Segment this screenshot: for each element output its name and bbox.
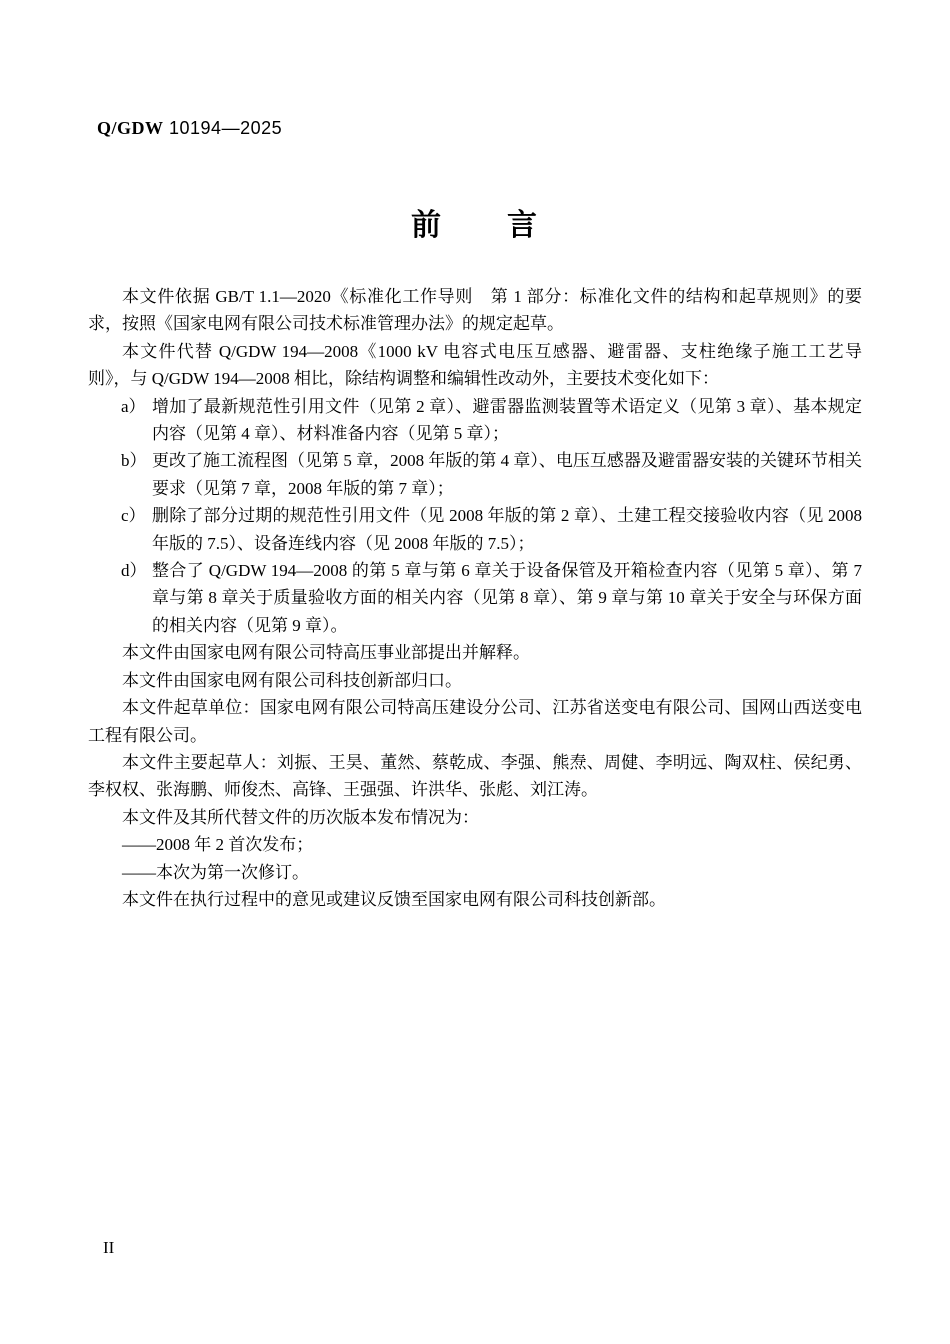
version-history-item-1: ——2008 年 2 首次发布；	[88, 831, 862, 858]
standard-code-prefix: Q/GDW	[97, 118, 164, 138]
paragraph-centralized-by: 本文件由国家电网有限公司科技创新部归口。	[88, 667, 862, 694]
change-label-a: a）	[121, 393, 152, 448]
foreword-title: 前 言	[0, 200, 950, 244]
changes-list: a） 增加了最新规范性引用文件（见第 2 章）、避雷器监测装置等术语定义（见第 …	[88, 393, 862, 640]
change-text-a: 增加了最新规范性引用文件（见第 2 章）、避雷器监测装置等术语定义（见第 3 章…	[152, 393, 862, 448]
paragraph-feedback: 本文件在执行过程中的意见或建议反馈至国家电网有限公司科技创新部。	[88, 886, 862, 913]
paragraph-drafting-organizations: 本文件起草单位：国家电网有限公司特高压建设分公司、江苏省送变电有限公司、国网山西…	[88, 694, 862, 749]
change-item-c: c） 删除了部分过期的规范性引用文件（见 2008 年版的第 2 章）、土建工程…	[121, 502, 862, 557]
paragraph-basis: 本文件依据 GB/T 1.1—2020《标准化工作导则 第 1 部分：标准化文件…	[88, 283, 862, 338]
paragraph-replacement: 本文件代替 Q/GDW 194—2008《1000 kV 电容式电压互感器、避雷…	[88, 338, 862, 393]
paragraph-main-drafters: 本文件主要起草人：刘振、王昊、董然、蔡乾成、李强、熊焘、周健、李明远、陶双柱、侯…	[88, 749, 862, 804]
change-label-c: c）	[121, 502, 152, 557]
change-item-a: a） 增加了最新规范性引用文件（见第 2 章）、避雷器监测装置等术语定义（见第 …	[121, 393, 862, 448]
document-page: Q/GDW 10194—2025 前 言 本文件依据 GB/T 1.1—2020…	[0, 0, 950, 1344]
standard-code-number: 10194—2025	[164, 118, 283, 138]
change-text-d: 整合了 Q/GDW 194—2008 的第 5 章与第 6 章关于设备保管及开箱…	[152, 557, 862, 639]
paragraph-version-history-intro: 本文件及其所代替文件的历次版本发布情况为：	[88, 804, 862, 831]
change-text-b: 更改了施工流程图（见第 5 章，2008 年版的第 4 章）、电压互感器及避雷器…	[152, 447, 862, 502]
change-label-b: b）	[121, 447, 152, 502]
paragraph-proposed-by: 本文件由国家电网有限公司特高压事业部提出并解释。	[88, 639, 862, 666]
change-item-b: b） 更改了施工流程图（见第 5 章，2008 年版的第 4 章）、电压互感器及…	[121, 447, 862, 502]
foreword-body: 本文件依据 GB/T 1.1—2020《标准化工作导则 第 1 部分：标准化文件…	[88, 283, 862, 913]
version-history-item-2: ——本次为第一次修订。	[88, 859, 862, 886]
page-number: II	[103, 1238, 114, 1258]
change-item-d: d） 整合了 Q/GDW 194—2008 的第 5 章与第 6 章关于设备保管…	[121, 557, 862, 639]
standard-code-header: Q/GDW 10194—2025	[97, 118, 282, 139]
change-label-d: d）	[121, 557, 152, 639]
change-text-c: 删除了部分过期的规范性引用文件（见 2008 年版的第 2 章）、土建工程交接验…	[152, 502, 862, 557]
